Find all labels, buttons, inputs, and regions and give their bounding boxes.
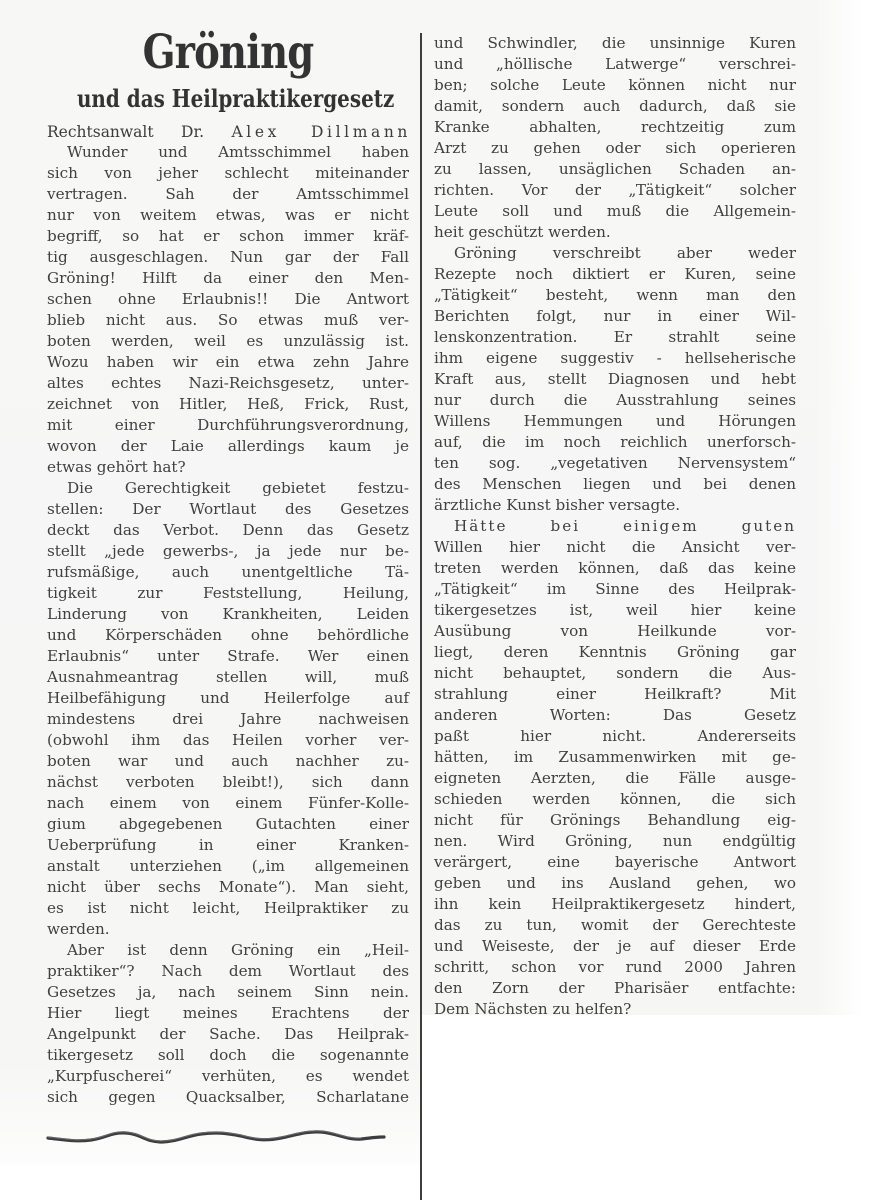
article-text-line: den Zorn der Pharisäer entfachte: [434, 978, 796, 999]
article-text-line: Wozu haben wir ein etwa zehn Jahre [47, 352, 409, 373]
article-text-line: Ueberprüfung in einer Kranken- [47, 835, 409, 856]
article-text-line: Hätte bei einigem guten [434, 516, 796, 537]
article-text-line: das zu tun, womit der Gerechteste [434, 915, 796, 936]
article-text-line: ärztliche Kunst bisher versagte. [434, 495, 796, 516]
article-text-line: strahlung einer Heilkraft? Mit [434, 684, 796, 705]
article-text-line: Linderung von Krankheiten, Leiden [47, 604, 409, 625]
article-text-line: richten. Vor der „Tätigkeit“ solcher [434, 180, 796, 201]
article-text-line: mit einer Durchführungsverordnung, [47, 415, 409, 436]
article-text-line: tig ausgeschlagen. Nun gar der Fall [47, 247, 409, 268]
article-text-line: nächst verboten bleibt!), sich dann [47, 772, 409, 793]
article-text-line: hätten, im Zusammenwirken mit ge- [434, 747, 796, 768]
article-text-line: ihm eigene suggestiv - hellseherische [434, 348, 796, 369]
article-subheadline: und das Heilpraktikergesetz [77, 85, 379, 113]
article-text-line: Heilbefähigung und Heilerfolge auf [47, 688, 409, 709]
article-text-line: Gröning verschreibt aber weder [434, 243, 796, 264]
article-text-line: nur durch die Ausstrahlung seines [434, 390, 796, 411]
article-text-line: werden. [47, 919, 409, 940]
article-text-line: paßt hier nicht. Andererseits [434, 726, 796, 747]
article-text-line: nen. Wird Gröning, nun endgültig [434, 831, 796, 852]
column-divider [420, 33, 422, 1200]
page-margin-bottom [0, 1165, 420, 1200]
article-text-line: damit, sondern auch dadurch, daß sie [434, 96, 796, 117]
article-text-line: Ausnahmeantrag stellen will, muß [47, 667, 409, 688]
article-text-line: wovon der Laie allerdings kaum je [47, 436, 409, 457]
article-text-line: ten sog. „vegetativen Nervensystem“ [434, 453, 796, 474]
article-text-line: sich von jeher schlecht miteinander [47, 163, 409, 184]
article-text-line: und Weiseste, der je auf dieser Erde [434, 936, 796, 957]
byline-title: Rechtsanwalt Dr. [47, 123, 204, 141]
byline-author: Alex Dillmann [232, 123, 411, 141]
article-text-line: praktiker“? Nach dem Wortlaut des [47, 961, 409, 982]
article-text-line: nicht für Grönings Behandlung eig- [434, 810, 796, 831]
article-text-line: Wunder und Amtsschimmel haben [47, 142, 409, 163]
article-text-line: Kranke abhalten, rechtzeitig zum [434, 117, 796, 138]
article-text-line: Dem Nächsten zu helfen? [434, 999, 796, 1020]
article-text-line: nur von weitem etwas, was er nicht [47, 205, 409, 226]
article-text-line: boten werden, weil es unzulässig ist. [47, 331, 409, 352]
wavy-end-ornament-icon [46, 1128, 386, 1146]
article-text-line: gium abgegebenen Gutachten einer [47, 814, 409, 835]
article-text-line: vertragen. Sah der Amtsschimmel [47, 184, 409, 205]
article-text-line: anderen Worten: Das Gesetz [434, 705, 796, 726]
article-text-line: boten war und auch nachher zu- [47, 751, 409, 772]
article-text-line: Erlaubnis“ unter Strafe. Wer einen [47, 646, 409, 667]
article-text-line: altes echtes Nazi-Reichsgesetz, unter- [47, 373, 409, 394]
article-text-line: Rezepte noch diktiert er Kuren, seine [434, 264, 796, 285]
article-text-line: Gesetzes ja, nach seinem Sinn nein. [47, 982, 409, 1003]
article-text-line: schritt, schon vor rund 2000 Jahren [434, 957, 796, 978]
article-byline: Rechtsanwalt Dr. Alex Dillmann [47, 122, 411, 142]
article-text-line: (obwohl ihm das Heilen vorher ver- [47, 730, 409, 751]
article-text-line: lenskonzentration. Er strahlt seine [434, 327, 796, 348]
article-text-line: ben; solche Leute können nicht nur [434, 75, 796, 96]
page-margin [420, 1015, 883, 1200]
article-text-line: tikergesetz soll doch die sogenannte [47, 1045, 409, 1066]
article-text-line: Ausübung von Heilkunde vor- [434, 621, 796, 642]
article-text-line: Arzt zu gehen oder sich operieren [434, 138, 796, 159]
article-text-line: Die Gerechtigkeit gebietet festzu- [47, 478, 409, 499]
article-text-line: Leute soll und muß die Allgemein- [434, 201, 796, 222]
article-text-line: „Kurpfuscherei“ verhüten, es wendet [47, 1066, 409, 1087]
article-column-left: Wunder und Amtsschimmel habensich von je… [47, 142, 409, 1108]
article-text-line: blieb nicht aus. So etwas muß ver- [47, 310, 409, 331]
article-text-line: Aber ist denn Gröning ein „Heil- [47, 940, 409, 961]
article-text-line: rufsmäßige, auch unentgeltliche Tä- [47, 562, 409, 583]
article-text-line: des Menschen liegen und bei denen [434, 474, 796, 495]
article-text-line: nicht behauptet, sondern die Aus- [434, 663, 796, 684]
article-text-line: und „höllische Latwerge“ verschrei- [434, 54, 796, 75]
article-text-line: Gröning! Hilft da einer den Men- [47, 268, 409, 289]
article-text-line: begriff, so hat er schon immer kräf- [47, 226, 409, 247]
article-text-line: Willen hier nicht die Ansicht ver- [434, 537, 796, 558]
article-text-line: Willens Hemmungen und Hörungen [434, 411, 796, 432]
article-text-line: stellen: Der Wortlaut des Gesetzes [47, 499, 409, 520]
article-text-line: zu lassen, unsäglichen Schaden an- [434, 159, 796, 180]
article-text-line: Angelpunkt der Sache. Das Heilprak- [47, 1024, 409, 1045]
article-text-line: stellt „jede gewerbs-, ja jede nur be- [47, 541, 409, 562]
article-text-line: zeichnet von Hitler, Heß, Frick, Rust, [47, 394, 409, 415]
article-text-line: deckt das Verbot. Denn das Gesetz [47, 520, 409, 541]
article-text-line: tikergesetzes ist, weil hier keine [434, 600, 796, 621]
article-text-line: mindestens drei Jahre nachweisen [47, 709, 409, 730]
article-text-line: und Körperschäden ohne behördliche [47, 625, 409, 646]
article-column-right: und Schwindler, die unsinnige Kurenund „… [434, 33, 796, 1020]
article-text-line: auf, die im noch reichlich unerforsch- [434, 432, 796, 453]
article-headline: Gröning [79, 28, 377, 78]
article-text-line: tigkeit zur Feststellung, Heilung, [47, 583, 409, 604]
article-text-line: Berichten folgt, nur in einer Wil- [434, 306, 796, 327]
article-text-line: ihn kein Heilpraktikergesetz hindert, [434, 894, 796, 915]
article-text-line: etwas gehört hat? [47, 457, 409, 478]
article-text-line: sich gegen Quacksalber, Scharlatane [47, 1087, 409, 1108]
article-text-line: Hier liegt meines Erachtens der [47, 1003, 409, 1024]
article-text-line: nach einem von einem Fünfer-Kolle- [47, 793, 409, 814]
article-text-line: heit geschützt werden. [434, 222, 796, 243]
article-text-line: „Tätigkeit“ besteht, wenn man den [434, 285, 796, 306]
article-text-line: und Schwindler, die unsinnige Kuren [434, 33, 796, 54]
article-text-line: geben und ins Ausland gehen, wo [434, 873, 796, 894]
article-text-line: liegt, deren Kenntnis Gröning gar [434, 642, 796, 663]
article-text-line: es ist nicht leicht, Heilpraktiker zu [47, 898, 409, 919]
article-text-line: Kraft aus, stellt Diagnosen und hebt [434, 369, 796, 390]
article-text-line: verärgert, eine bayerische Antwort [434, 852, 796, 873]
article-text-line: nicht über sechs Monate“). Man sieht, [47, 877, 409, 898]
article-text-line: schen ohne Erlaubnis!! Die Antwort [47, 289, 409, 310]
article-text-line: eigneten Aerzten, die Fälle ausge- [434, 768, 796, 789]
article-text-line: anstalt unterziehen („im allgemeinen [47, 856, 409, 877]
article-text-line: treten werden können, daß das keine [434, 558, 796, 579]
article-text-line: „Tätigkeit“ im Sinne des Heilprak- [434, 579, 796, 600]
article-text-line: schieden werden können, die sich [434, 789, 796, 810]
